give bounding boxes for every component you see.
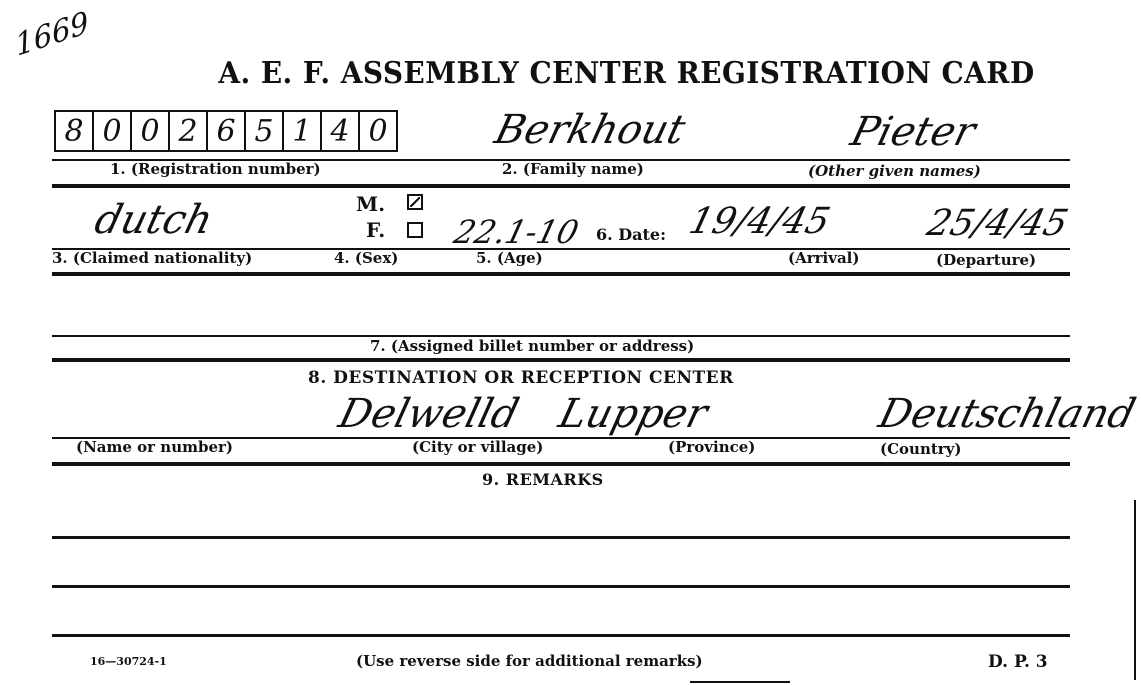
rule — [52, 634, 1070, 637]
rule — [52, 358, 1070, 362]
form-code: D. P. 3 — [988, 654, 1048, 671]
reg-digit: 0 — [132, 112, 170, 150]
label-departure: (Departure) — [936, 253, 1036, 268]
label-province: (Province) — [668, 440, 755, 455]
age-field[interactable]: 22.1-10 — [451, 216, 582, 248]
label-age: 5. (Age) — [476, 251, 543, 266]
rule — [52, 536, 1070, 539]
sex-f-checkbox[interactable] — [407, 222, 423, 238]
form-print-number: 16—30724-1 — [90, 656, 167, 667]
destination-name-field[interactable] — [52, 396, 312, 436]
label-nationality: 3. (Claimed nationality) — [52, 251, 252, 266]
reg-digit: 0 — [94, 112, 132, 150]
destination-city-field[interactable]: Delwelld — [335, 394, 523, 434]
departure-date-field[interactable]: 25/4/45 — [924, 206, 1072, 242]
reg-digit: 4 — [322, 112, 360, 150]
reg-digit: 1 — [284, 112, 322, 150]
remarks-line-2[interactable] — [52, 548, 1070, 584]
label-billet: 7. (Assigned billet number or address) — [370, 339, 694, 354]
remarks-line-1[interactable] — [52, 500, 1070, 536]
destination-country-field[interactable]: Deutschland — [875, 394, 1139, 434]
billet-field[interactable] — [52, 290, 1070, 334]
rule — [52, 585, 1070, 588]
reg-digit: 0 — [360, 112, 396, 150]
reverse-side-note: (Use reverse side for additional remarks… — [356, 654, 703, 669]
arrival-date-field[interactable]: 19/4/45 — [686, 204, 834, 240]
sex-m-label: M. — [356, 194, 385, 214]
label-arrival: (Arrival) — [788, 251, 859, 266]
scan-edge-mark — [1134, 500, 1136, 680]
remarks-heading: 9. REMARKS — [482, 472, 604, 488]
sex-f-label: F. — [366, 220, 385, 240]
label-sex: 4. (Sex) — [334, 251, 398, 266]
given-names-field[interactable]: Pieter — [847, 112, 979, 152]
corner-file-number: 1669 — [14, 8, 91, 62]
label-registration-number: 1. (Registration number) — [110, 162, 321, 177]
reg-digit: 8 — [56, 112, 94, 150]
label-family-name: 2. (Family name) — [502, 162, 644, 177]
remarks-line-3[interactable] — [52, 597, 1070, 633]
nationality-field[interactable]: dutch — [91, 200, 217, 240]
reg-digit: 5 — [246, 112, 284, 150]
reg-digit: 6 — [208, 112, 246, 150]
label-name-or-number: (Name or number) — [76, 440, 233, 455]
label-given-names: (Other given names) — [808, 164, 981, 179]
sex-m-checkbox[interactable] — [407, 194, 423, 210]
rule — [52, 272, 1070, 276]
rule — [52, 184, 1070, 188]
date-label: 6. Date: — [596, 227, 666, 243]
destination-province-field[interactable]: Lupper — [555, 394, 711, 434]
rule — [52, 462, 1070, 466]
label-city-or-village: (City or village) — [412, 440, 543, 455]
scan-bottom-mark — [690, 681, 790, 683]
card-title: A. E. F. ASSEMBLY CENTER REGISTRATION CA… — [39, 56, 1100, 91]
reg-digit: 2 — [170, 112, 208, 150]
label-country: (Country) — [880, 442, 962, 457]
family-name-field[interactable]: Berkhout — [491, 110, 689, 150]
destination-heading: 8. DESTINATION OR RECEPTION CENTER — [308, 370, 734, 387]
registration-number-field[interactable]: 8 0 0 2 6 5 1 4 0 — [54, 110, 398, 152]
